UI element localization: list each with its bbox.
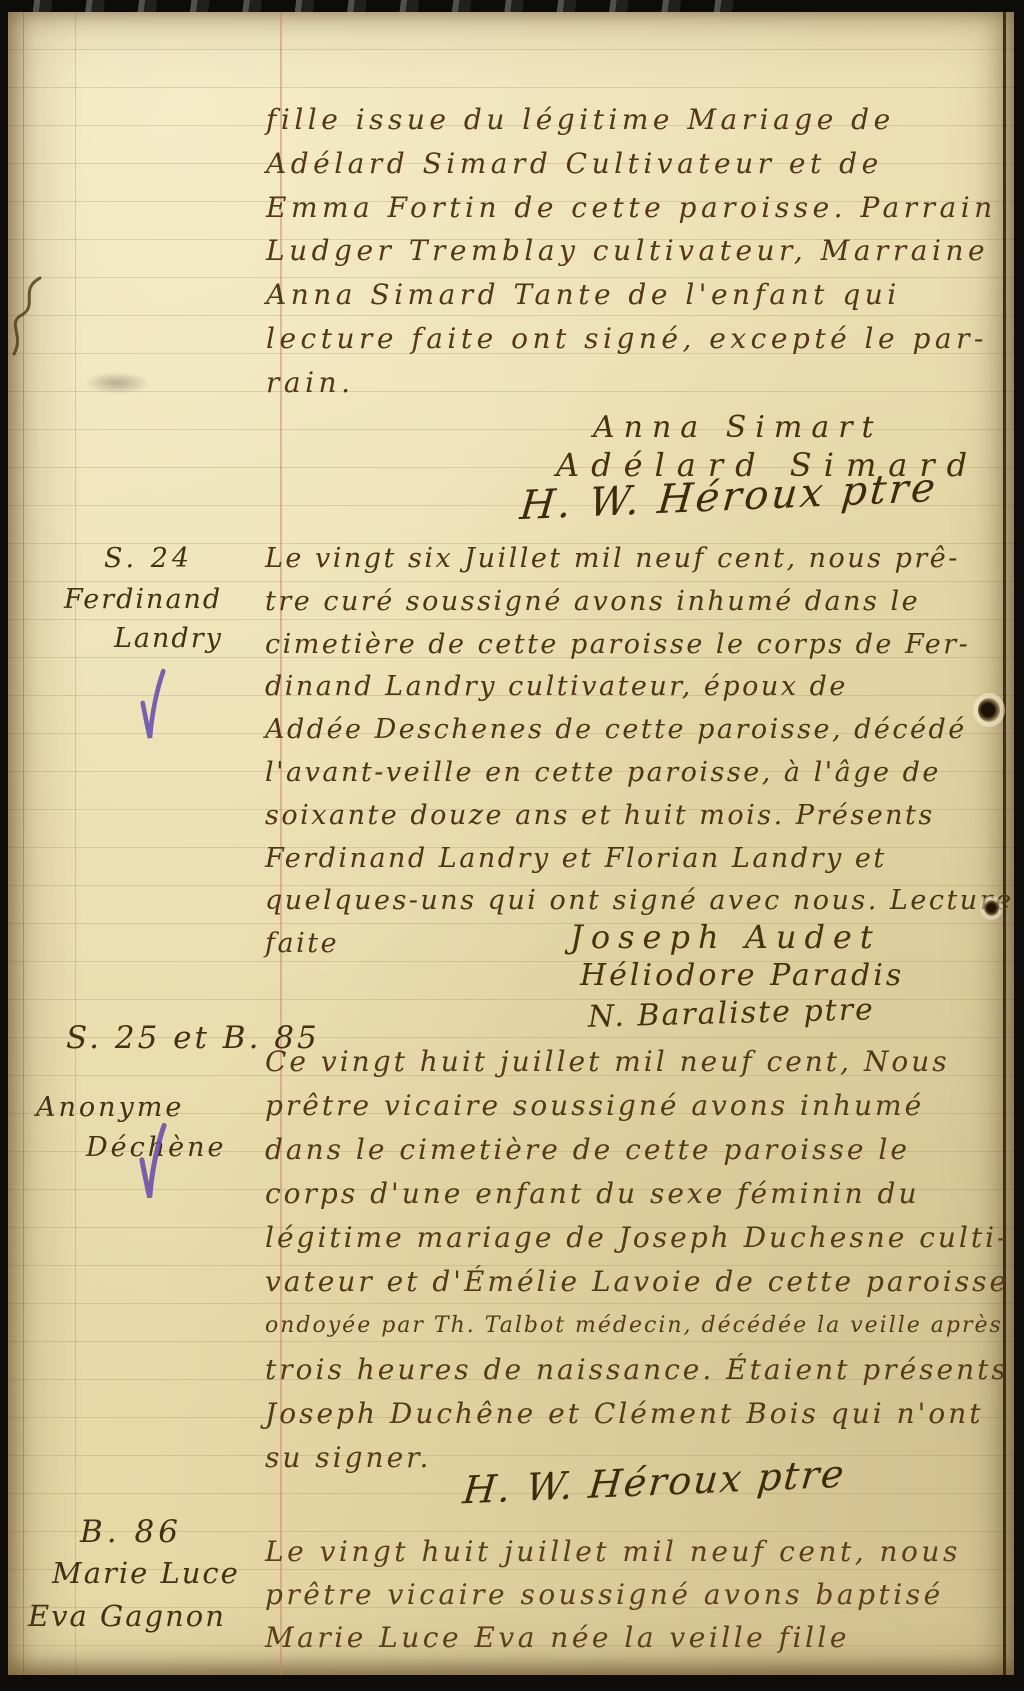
- text-line: Ludger Tremblay cultivateur, Marraine: [266, 229, 997, 273]
- text-line: ondoyée par Th. Talbot médecin, décédée …: [265, 1304, 1010, 1348]
- text-line: corps d'une enfant du sexe féminin du: [265, 1172, 1010, 1216]
- text-line: prêtre vicaire soussigné avons inhumé: [265, 1084, 1010, 1128]
- signature-joseph-audet: Joseph Audet: [570, 918, 881, 956]
- continuation-text: fille issue du légitime Mariage de Adéla…: [266, 98, 997, 405]
- worm-hole: [984, 900, 999, 916]
- text-line: Adélard Simard Cultivateur et de: [266, 142, 997, 186]
- text-line: l'avant-veille en cette paroisse, à l'âg…: [265, 752, 1014, 795]
- text-line: légitime mariage de Joseph Duchesne cult…: [265, 1216, 1010, 1260]
- verification-check-mark: [138, 1122, 168, 1202]
- text-line: tre curé soussigné avons inhumé dans le: [265, 581, 1014, 624]
- record-margin-name: Eva Gagnon: [28, 1599, 226, 1633]
- text-line: rain.: [266, 361, 997, 405]
- text-line: Anna Simard Tante de l'enfant qui: [266, 273, 997, 317]
- register-paper: fille issue du légitime Mariage de Adéla…: [8, 12, 1014, 1675]
- record-margin-name: Ferdinand: [64, 584, 222, 615]
- text-line: Ferdinand Landry et Florian Landry et: [265, 838, 1014, 881]
- text-line: dinand Landry cultivateur, époux de: [265, 666, 1014, 709]
- text-line: Joseph Duchêne et Clément Bois qui n'ont: [265, 1392, 1010, 1436]
- text-line: Le vingt huit juillet mil neuf cent, nou…: [265, 1530, 961, 1573]
- text-line: soixante douze ans et huit mois. Présent…: [265, 795, 1014, 838]
- priest-signature: N. Baraliste ptre: [588, 992, 876, 1034]
- record-margin-reference: B. 86: [80, 1514, 182, 1550]
- signature-heliodore-paradis: Héliodore Paradis: [580, 958, 904, 993]
- text-line: Ce vingt huit juillet mil neuf cent, Nou…: [265, 1040, 1010, 1084]
- text-line: Addée Deschenes de cette paroisse, décéd…: [265, 709, 1014, 752]
- text-line: vateur et d'Émélie Lavoie de cette paroi…: [265, 1260, 1010, 1304]
- text-line: prêtre vicaire soussigné avons baptisé: [265, 1573, 961, 1616]
- verification-check-mark: [138, 668, 168, 742]
- text-line: trois heures de naissance. Étaient prése…: [265, 1348, 1010, 1392]
- page-edge-strip: [8, 12, 78, 1675]
- record-margin-reference: S. 24: [104, 543, 193, 574]
- text-line: fille issue du légitime Mariage de: [266, 98, 997, 142]
- ink-smudge: [84, 372, 150, 394]
- edge-ink-mark: [6, 274, 52, 360]
- scanner-edge-top: [0, 0, 760, 12]
- record-margin-name: Landry: [114, 623, 223, 654]
- record-margin-name: Anonyme: [36, 1092, 184, 1123]
- text-line: quelques-uns qui ont signé avec nous. Le…: [265, 880, 1014, 923]
- record-margin-name: Marie Luce: [52, 1556, 240, 1590]
- record-body: Le vingt huit juillet mil neuf cent, nou…: [265, 1530, 961, 1659]
- record-body: Le vingt six Juillet mil neuf cent, nous…: [265, 538, 1014, 966]
- signature-anna-simart: Anna Simart: [593, 410, 883, 445]
- text-line: Le vingt six Juillet mil neuf cent, nous…: [265, 538, 1014, 581]
- text-line: Marie Luce Eva née la veille fille: [265, 1616, 961, 1659]
- text-line: cimetière de cette paroisse le corps de …: [265, 624, 1014, 667]
- text-line: lecture faite ont signé, excepté le par-: [266, 317, 997, 361]
- page-fold-line: [75, 12, 76, 1675]
- page-scan: fille issue du légitime Mariage de Adéla…: [0, 0, 1024, 1691]
- text-line: dans le cimetière de cette paroisse le: [265, 1128, 1010, 1172]
- worm-hole: [978, 698, 1000, 722]
- text-line: Emma Fortin de cette paroisse. Parrain: [266, 186, 997, 230]
- page-fold-line: [23, 12, 24, 1675]
- record-body: Ce vingt huit juillet mil neuf cent, Nou…: [265, 1040, 1010, 1480]
